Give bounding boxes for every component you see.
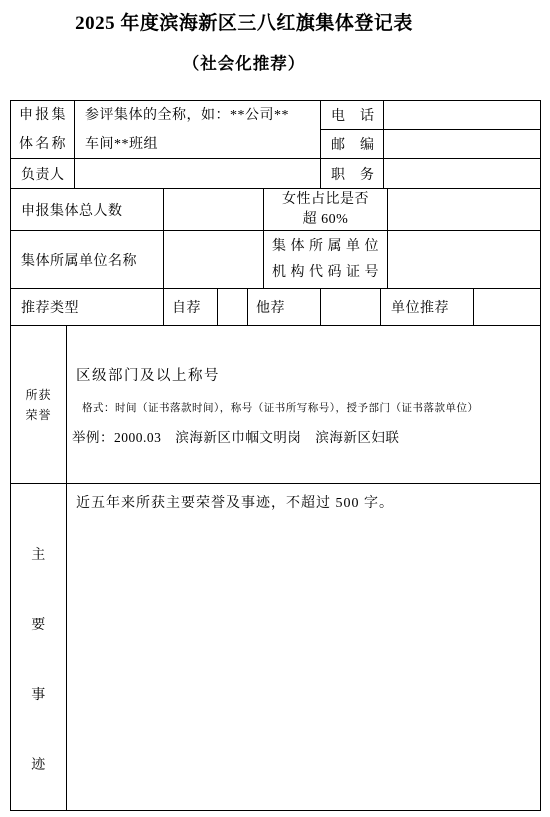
honors-heading: 区级部门及以上称号 [76,364,220,385]
deeds-label-char-4: 迹 [31,754,46,774]
deeds-label-char-3: 事 [31,684,46,704]
total-people-value-cell[interactable] [164,189,264,231]
self-rec-label: 自荐 [172,297,217,317]
phone-label-cell: 电 话 [321,101,384,130]
total-people-label: 申报集体总人数 [21,200,163,220]
applicant-name-label-cell: 申报集 体名称 [11,101,75,159]
other-rec-label-cell: 他荐 [248,289,321,326]
unit-rec-check-cell[interactable] [474,289,541,326]
leader-label-cell: 负责人 [11,159,75,189]
position-value-cell[interactable] [384,159,541,189]
honors-format-note: 格式：时间（证书落款时间），称号（证书所写称号），授予部门（证书落款单位） [82,400,535,415]
position-label: 职 务 [331,164,383,184]
unit-rec-label: 单位推荐 [391,297,473,317]
deeds-content-cell[interactable]: 近五年来所获主要荣誉及事迹，不超过 500 字。 [67,484,541,811]
applicant-name-label-line1: 申报集 [11,101,74,130]
honors-example: 举例：2000.03 滨海新区巾帼文明岗 滨海新区妇联 [72,426,535,446]
deeds-label-char-2: 要 [31,614,46,634]
phone-value-cell[interactable] [384,101,541,130]
honors-label-line2: 荣誉 [11,405,66,425]
unit-code-label-line1: 集体所属单位 [264,234,387,260]
total-people-label-cell: 申报集体总人数 [11,189,164,231]
unit-code-label-cell: 集体所属单位 机构代码证号 [264,231,388,289]
other-rec-label: 他荐 [256,297,320,317]
female-ratio-value-cell[interactable] [388,189,541,231]
unit-rec-label-cell: 单位推荐 [381,289,474,326]
leader-label: 负责人 [21,164,74,184]
female-ratio-label-line1: 女性占比是否 [264,190,387,210]
applicant-name-label-line2: 体名称 [11,130,74,159]
other-rec-check-cell[interactable] [321,289,381,326]
unit-name-value-cell[interactable] [164,231,264,289]
unit-code-label-line2: 机构代码证号 [264,260,387,286]
rec-type-label-cell: 推荐类型 [11,289,164,326]
applicant-name-hint-cell[interactable]: 参评集体的全称，如：**公司** 车间**班组 [75,101,321,159]
form-document-page: 2025 年度滨海新区三八红旗集体登记表 （社会化推荐） 申报集 体名称 参评集… [0,0,550,817]
leader-value-cell[interactable] [75,159,321,189]
position-label-cell: 职 务 [321,159,384,189]
deeds-hint: 近五年来所获主要荣誉及事迹，不超过 500 字。 [76,492,533,512]
page-title: 2025 年度滨海新区三八红旗集体登记表 [0,8,488,35]
postcode-label: 邮 编 [331,134,383,154]
deeds-label-cell: 主 要 事 迹 [11,484,67,811]
applicant-name-hint-line1: 参评集体的全称，如：**公司** [85,101,320,130]
applicant-name-hint-line2: 车间**班组 [85,130,320,159]
honors-label-line1: 所获 [11,385,66,405]
postcode-value-cell[interactable] [384,130,541,159]
postcode-label-cell: 邮 编 [321,130,384,159]
phone-label: 电 话 [331,105,383,125]
self-rec-check-cell[interactable] [218,289,248,326]
deeds-label-char-1: 主 [31,544,46,564]
female-ratio-label-line2: 超 60% [264,210,387,230]
honors-label-cell: 所获 荣誉 [11,326,67,484]
registration-table: 申报集 体名称 参评集体的全称，如：**公司** 车间**班组 电 话 邮 编 … [10,100,541,811]
unit-code-value-cell[interactable] [388,231,541,289]
self-rec-label-cell: 自荐 [164,289,218,326]
honors-content-cell[interactable]: 区级部门及以上称号 格式：时间（证书落款时间），称号（证书所写称号），授予部门（… [67,326,541,484]
unit-name-label: 集体所属单位名称 [21,250,163,270]
female-ratio-label-cell: 女性占比是否 超 60% [264,189,388,231]
rec-type-label: 推荐类型 [21,297,163,317]
page-subtitle: （社会化推荐） [0,50,488,74]
unit-name-label-cell: 集体所属单位名称 [11,231,164,289]
